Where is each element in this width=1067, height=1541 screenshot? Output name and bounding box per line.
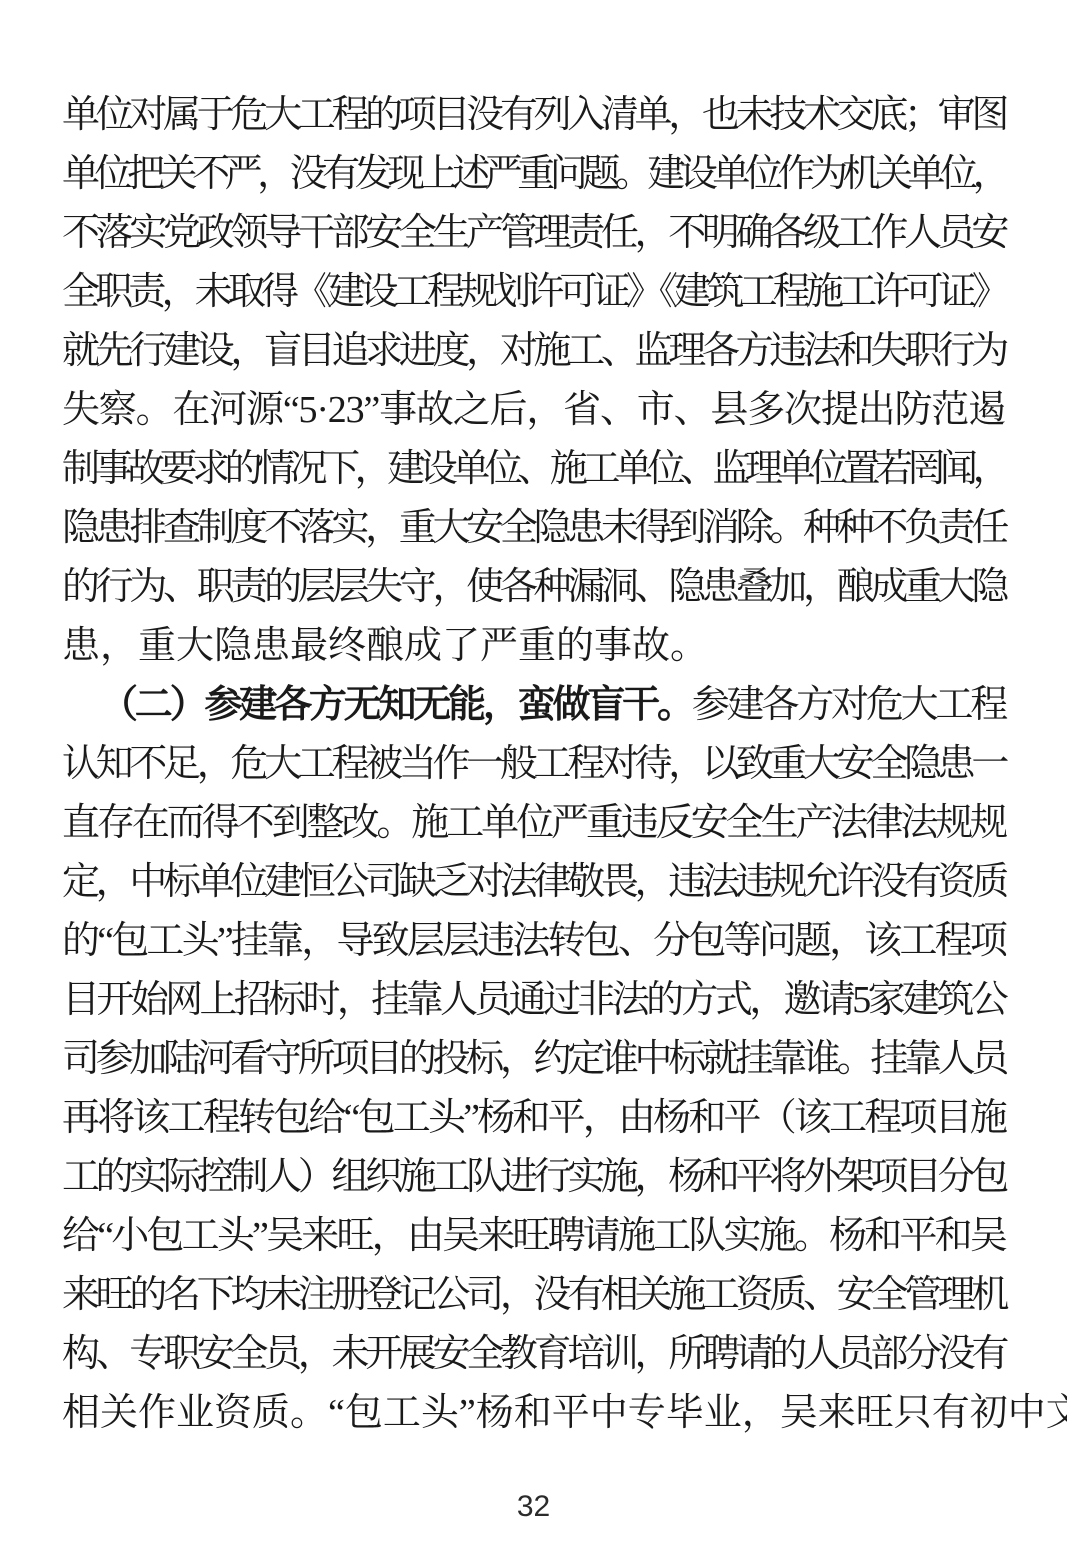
document-body: 单位对属于危大工程的项目没有列入清单，也未技术交底；审图单位把关不严，没有发现上… (62, 86, 1005, 1443)
text-line: 单位对属于危大工程的项目没有列入清单，也未技术交底；审图 (62, 86, 1005, 145)
text-line-content: 司参加陆河看守所项目的投标，约定谁中标就挂靠谁。挂靠人员 (62, 1038, 1005, 1080)
text-line-content: 工的实际控制人）组织施工队进行实施，杨和平将外架项目分包 (62, 1156, 1005, 1198)
page-footer: 32 (0, 1490, 1067, 1524)
text-line-content: 认知不足，危大工程被当作一般工程对待，以致重大安全隐患一 (62, 743, 1005, 785)
text-line-content: 失察。在河源“5·23”事故之后，省、市、县多次提出防范遏 (62, 389, 1005, 431)
text-line: 来旺的名下均未注册登记公司，没有相关施工资质、安全管理机 (62, 1266, 1005, 1325)
text-line-content: 再将该工程转包给“包工头”杨和平，由杨和平（该工程项目施 (62, 1097, 1005, 1139)
text-line: 患，重大隐患最终酿成了严重的事故。 (62, 617, 1005, 676)
document-page: 单位对属于危大工程的项目没有列入清单，也未技术交底；审图单位把关不严，没有发现上… (0, 0, 1067, 1541)
text-line-content: 直存在而得不到整改。施工单位严重违反安全生产法律法规规 (62, 802, 1005, 844)
text-line-content: 定，中标单位建恒公司缺乏对法律敬畏，违法违规允许没有资质 (62, 861, 1005, 903)
text-line-content: 给“小包工头”吴来旺，由吴来旺聘请施工队实施。杨和平和吴 (62, 1215, 1005, 1257)
text-line: 就先行建设，盲目追求进度，对施工、监理各方违法和失职行为 (62, 322, 1005, 381)
text-line: 给“小包工头”吴来旺，由吴来旺聘请施工队实施。杨和平和吴 (62, 1207, 1005, 1266)
text-line: 全职责，未取得《建设工程规划许可证》《建筑工程施工许可证》 (62, 263, 1005, 322)
text-line-content: 就先行建设，盲目追求进度，对施工、监理各方违法和失职行为 (62, 330, 1005, 372)
text-line-content: 制事故要求的情况下，建设单位、施工单位、监理单位置若罔闻， (62, 448, 1005, 490)
text-line: 司参加陆河看守所项目的投标，约定谁中标就挂靠谁。挂靠人员 (62, 1030, 1005, 1089)
text-line-content: 来旺的名下均未注册登记公司，没有相关施工资质、安全管理机 (62, 1274, 1005, 1316)
text-line: 工的实际控制人）组织施工队进行实施，杨和平将外架项目分包 (62, 1148, 1005, 1207)
text-line-content: 单位对属于危大工程的项目没有列入清单，也未技术交底；审图 (62, 94, 1005, 136)
paragraph-indent (62, 716, 100, 717)
text-line-content: 相关作业资质。“包工头”杨和平中专毕业，吴来旺只有初中文 (62, 1392, 1067, 1434)
text-line-content: 不落实党政领导干部安全生产管理责任，不明确各级工作人员安 (62, 212, 1005, 254)
text-line-content: 的行为、职责的层层失守，使各种漏洞、隐患叠加，酿成重大隐 (62, 566, 1005, 608)
text-line: 的行为、职责的层层失守，使各种漏洞、隐患叠加，酿成重大隐 (62, 558, 1005, 617)
text-line: 制事故要求的情况下，建设单位、施工单位、监理单位置若罔闻， (62, 440, 1005, 499)
text-line-content: 隐患排查制度不落实，重大安全隐患未得到消除。种种不负责任 (62, 507, 1005, 549)
subsection-heading: （二）参建各方无知无能，蛮做盲干。 (100, 684, 692, 726)
text-line-content: 患，重大隐患最终酿成了严重的事故。 (62, 625, 708, 667)
text-line: 失察。在河源“5·23”事故之后，省、市、县多次提出防范遏 (62, 381, 1005, 440)
text-line: （二）参建各方无知无能，蛮做盲干。参建各方对危大工程 (62, 676, 1005, 735)
text-line: 认知不足，危大工程被当作一般工程对待，以致重大安全隐患一 (62, 735, 1005, 794)
text-line-content: 单位把关不严，没有发现上述严重问题。建设单位作为机关单位， (62, 153, 1005, 195)
text-line: 定，中标单位建恒公司缺乏对法律敬畏，违法违规允许没有资质 (62, 853, 1005, 912)
text-line-content: 构、专职安全员，未开展安全教育培训，所聘请的人员部分没有 (62, 1333, 1005, 1375)
text-line: 目开始网上招标时，挂靠人员通过非法的方式，邀请5家建筑公 (62, 971, 1005, 1030)
text-line: 的“包工头”挂靠，导致层层违法转包、分包等问题，该工程项 (62, 912, 1005, 971)
text-line: 再将该工程转包给“包工头”杨和平，由杨和平（该工程项目施 (62, 1089, 1005, 1148)
text-line-content: 全职责，未取得《建设工程规划许可证》《建筑工程施工许可证》 (62, 271, 1005, 313)
text-line: 单位把关不严，没有发现上述严重问题。建设单位作为机关单位， (62, 145, 1005, 204)
text-line-content: 的“包工头”挂靠，导致层层违法转包、分包等问题，该工程项 (62, 920, 1005, 962)
text-line-content: 参建各方对危大工程 (692, 684, 1005, 726)
text-line: 直存在而得不到整改。施工单位严重违反安全生产法律法规规 (62, 794, 1005, 853)
page-number: 32 (517, 1490, 550, 1523)
text-line: 隐患排查制度不落实，重大安全隐患未得到消除。种种不负责任 (62, 499, 1005, 558)
text-line-content: 目开始网上招标时，挂靠人员通过非法的方式，邀请5家建筑公 (62, 979, 1005, 1021)
text-line: 构、专职安全员，未开展安全教育培训，所聘请的人员部分没有 (62, 1325, 1005, 1384)
text-line: 相关作业资质。“包工头”杨和平中专毕业，吴来旺只有初中文 (62, 1384, 1005, 1443)
text-line: 不落实党政领导干部安全生产管理责任，不明确各级工作人员安 (62, 204, 1005, 263)
